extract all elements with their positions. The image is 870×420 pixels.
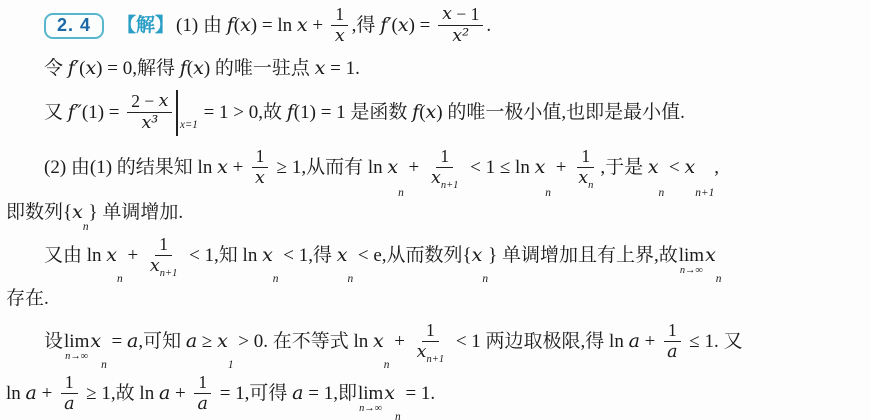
limit-operator: limn→∞ <box>358 384 383 414</box>
math-variable: x <box>472 245 483 267</box>
text-run: (1) = 1 是函数 <box>294 102 412 124</box>
text-run: ,于是 <box>600 157 648 179</box>
text-run: ,得 <box>352 15 381 37</box>
text-run: (1) 由 <box>176 15 227 37</box>
text-run: + <box>551 157 571 179</box>
math-variable: x <box>240 15 251 37</box>
math-variable: x <box>106 245 117 267</box>
numerator: 1 <box>194 373 211 394</box>
text-run: = <box>107 331 127 353</box>
denominator: xn+1 <box>146 256 181 277</box>
math-variable: f <box>227 15 234 37</box>
text-line: 即数列{xn} 单调增加. <box>6 196 866 230</box>
text-run: < 1 ≤ ln <box>465 157 534 179</box>
math-variable: x <box>578 169 588 189</box>
text-line: (2) 由(1) 的结果知 ln x + 1x ≥ 1,从而有 ln xn + … <box>6 140 866 196</box>
text-run: < 1,知 ln <box>184 245 262 267</box>
text-run: , <box>714 157 719 179</box>
text-run: − 1 <box>452 5 479 25</box>
text-run: 设 <box>44 331 63 353</box>
numerator: 1 <box>252 147 269 168</box>
math-variable: x² <box>452 27 469 47</box>
solution-content: 2. 4【解】(1) 由 f(x) = ln x + 1x,得 f′(x) = … <box>6 0 866 420</box>
text-run: < 1 两边取极限,得 ln <box>451 331 629 353</box>
denominator: a <box>194 394 212 415</box>
subscript: n <box>384 359 390 372</box>
fraction: 1x <box>331 5 349 46</box>
math-variable: a <box>26 383 37 405</box>
numerator: 2 − x <box>127 92 172 113</box>
denominator: a <box>663 342 681 363</box>
text-run: < 1,得 <box>279 245 337 267</box>
text-run: ln <box>6 383 26 405</box>
fraction: 1x <box>251 147 269 188</box>
math-variable: x <box>90 331 101 353</box>
text-run: . <box>486 15 491 37</box>
text-run: = 1,可得 <box>215 383 292 405</box>
fraction: 2 − xx³ <box>127 92 172 133</box>
text-run: ,可知 <box>138 331 186 353</box>
subscript: n <box>482 273 488 286</box>
denominator: xn+1 <box>413 342 448 363</box>
numerator: 1 <box>331 5 348 26</box>
text-run: < e,从而数列{ <box>353 245 472 267</box>
text-line: 存在. <box>6 282 866 316</box>
text-run: ) 的唯一驻点 <box>204 58 315 80</box>
limit-word: lim <box>358 384 383 403</box>
math-variable: x <box>431 169 441 189</box>
subscript: n <box>347 273 353 286</box>
text-run: ) = 0,解得 <box>96 58 180 80</box>
math-variable: x <box>535 157 546 179</box>
numerator: 1 <box>61 373 78 394</box>
math-variable: x <box>217 331 228 353</box>
fraction: 1a <box>60 373 78 414</box>
math-variable: x <box>297 15 308 37</box>
text-run: + <box>404 157 424 179</box>
text-run: = 1. <box>325 58 359 80</box>
math-variable: x <box>684 157 695 179</box>
text-run: 又 <box>44 102 68 124</box>
text-line: 设limn→∞xn = a,可知 a ≥ x1 > 0. 在不等式 ln xn … <box>6 316 866 368</box>
math-variable: a <box>292 383 303 405</box>
text-run: 2 − <box>131 92 158 112</box>
limit-operator: limn→∞ <box>64 332 89 362</box>
fraction: 1a <box>663 321 681 362</box>
text-line: ln a + 1a ≥ 1,故 ln a + 1a = 1,可得 a = 1,即… <box>6 368 866 420</box>
numerator: 1 <box>422 321 439 342</box>
subscript: n <box>588 180 593 192</box>
math-variable: a <box>159 383 170 405</box>
text-run: > 0. 在不等式 ln <box>234 331 374 353</box>
math-variable: x <box>417 343 427 363</box>
denominator: x³ <box>137 113 162 134</box>
math-variable: x <box>398 15 409 37</box>
subscript: n <box>398 187 404 200</box>
denominator: xn <box>574 168 597 189</box>
text-run: } 单调增加且有上界,故 <box>488 245 678 267</box>
denominator: x <box>251 168 269 189</box>
numerator: 1 <box>664 321 681 342</box>
fraction: 1xn <box>574 147 597 188</box>
text-run: 1 <box>65 373 74 393</box>
text-run: ≥ <box>197 331 217 353</box>
subscript: 1 <box>228 359 234 372</box>
limit-word: lim <box>679 246 704 265</box>
text-run: ) = ln <box>251 15 297 37</box>
math-variable: a <box>629 331 640 353</box>
subscript: n <box>273 273 279 286</box>
math-variable: x <box>72 202 83 224</box>
text-run: } 单调增加. <box>89 202 184 224</box>
math-variable: a <box>127 331 138 353</box>
exercise-number-badge: 2. 4 <box>44 13 104 40</box>
subscript: n <box>395 411 401 420</box>
text-run: 存在. <box>6 288 49 310</box>
math-variable: x <box>335 27 345 47</box>
fraction: 1xn+1 <box>413 321 448 362</box>
limit-under: n→∞ <box>65 352 88 362</box>
math-variable: x <box>442 5 452 25</box>
vertical-bar <box>176 90 178 136</box>
math-variable: x <box>315 58 326 80</box>
text-run: ) = <box>409 15 436 37</box>
math-variable: x <box>262 245 273 267</box>
fraction: x − 1x² <box>438 5 483 46</box>
limit-word: lim <box>64 332 89 351</box>
text-run: 1 <box>256 147 265 167</box>
text-line: 又 f″(1) = 2 − xx³x=1 = 1 > 0,故 f(1) = 1 … <box>6 86 866 140</box>
math-variable: f <box>412 102 419 124</box>
math-variable: a <box>198 395 208 415</box>
denominator: x <box>331 26 349 47</box>
subscript: n <box>716 273 722 286</box>
document-page: 2. 4【解】(1) 由 f(x) = ln x + 1x,得 f′(x) = … <box>0 0 870 420</box>
subscript: n <box>101 359 107 372</box>
text-run: (2) 由(1) 的结果知 ln <box>44 157 217 179</box>
math-variable: x <box>373 331 384 353</box>
math-variable: f″ <box>68 102 82 124</box>
text-run: = 1 > 0,故 <box>199 102 287 124</box>
math-variable: x³ <box>141 114 158 134</box>
math-variable: x <box>384 383 395 405</box>
text-run: ≤ 1. 又 <box>685 331 743 353</box>
denominator: xn+1 <box>427 168 462 189</box>
text-run: 1 <box>159 235 168 255</box>
subscript: n+1 <box>441 180 459 192</box>
limit-operator: limn→∞ <box>679 246 704 276</box>
text-run: 1 <box>668 321 677 341</box>
subscript: n <box>83 221 89 234</box>
math-variable: a <box>64 395 74 415</box>
text-run: 1 <box>198 373 207 393</box>
text-run: = 1. <box>401 383 435 405</box>
numerator: 1 <box>155 235 172 256</box>
evaluation-subscript: x=1 <box>180 119 198 132</box>
text-run: 1 <box>440 147 449 167</box>
subscript: n+1 <box>695 187 714 200</box>
text-run: 令 <box>44 58 68 80</box>
numerator: 1 <box>436 147 453 168</box>
text-run: (1) = <box>82 102 124 124</box>
math-variable: x <box>426 102 437 124</box>
text-run: 1 <box>581 147 590 167</box>
text-line: 又由 ln xn + 1xn+1 < 1,知 ln xn < 1,得 xn < … <box>6 230 866 282</box>
text-line: 令 f′(x) = 0,解得 f(x) 的唯一驻点 x = 1. <box>6 52 866 86</box>
math-variable: f <box>180 58 187 80</box>
text-run: ≥ 1,从而有 ln <box>272 157 387 179</box>
text-line: 2. 4【解】(1) 由 f(x) = ln x + 1x,得 f′(x) = … <box>6 0 866 52</box>
text-run: + <box>170 383 190 405</box>
subscript: n <box>659 187 665 200</box>
math-variable: x <box>337 245 348 267</box>
math-variable: x <box>217 157 228 179</box>
limit-under: n→∞ <box>359 404 382 414</box>
math-variable: x <box>387 157 398 179</box>
text-run: + <box>640 331 660 353</box>
solution-marker: 【解】 <box>117 15 174 37</box>
math-variable: x <box>648 157 659 179</box>
fraction: 1xn+1 <box>146 235 181 276</box>
math-variable: x <box>255 169 265 189</box>
evaluation-bar: x=1 <box>176 90 198 136</box>
subscript: n+1 <box>160 268 178 280</box>
text-run: + <box>308 15 328 37</box>
text-run: ) 的唯一极小值,也即是最小值. <box>436 102 685 124</box>
text-run: 又由 ln <box>44 245 106 267</box>
text-run: < <box>664 157 684 179</box>
fraction: 1a <box>194 373 212 414</box>
text-run: + <box>37 383 57 405</box>
math-variable: f′ <box>68 58 79 80</box>
denominator: a <box>60 394 78 415</box>
math-variable: x <box>705 245 716 267</box>
numerator: x − 1 <box>438 5 483 26</box>
subscript: n <box>117 273 123 286</box>
text-run: = 1,即 <box>303 383 356 405</box>
text-run: ≥ 1,故 ln <box>82 383 159 405</box>
subscript: n <box>545 187 551 200</box>
math-variable: x <box>193 58 204 80</box>
math-variable: a <box>186 331 197 353</box>
denominator: x² <box>448 26 473 47</box>
math-variable: x <box>150 257 160 277</box>
math-variable: x <box>159 92 169 112</box>
text-run: 1 <box>335 5 344 25</box>
subscript: n+1 <box>427 354 445 366</box>
math-variable: f <box>287 102 294 124</box>
limit-under: n→∞ <box>680 266 703 276</box>
fraction: 1xn+1 <box>427 147 462 188</box>
numerator: 1 <box>577 147 594 168</box>
math-variable: a <box>667 343 677 363</box>
math-variable: f′ <box>380 15 391 37</box>
text-run: 1 <box>426 321 435 341</box>
text-run: 即数列{ <box>6 202 72 224</box>
text-run: + <box>123 245 143 267</box>
math-variable: x <box>85 58 96 80</box>
text-run: + <box>228 157 248 179</box>
text-run: + <box>389 331 409 353</box>
